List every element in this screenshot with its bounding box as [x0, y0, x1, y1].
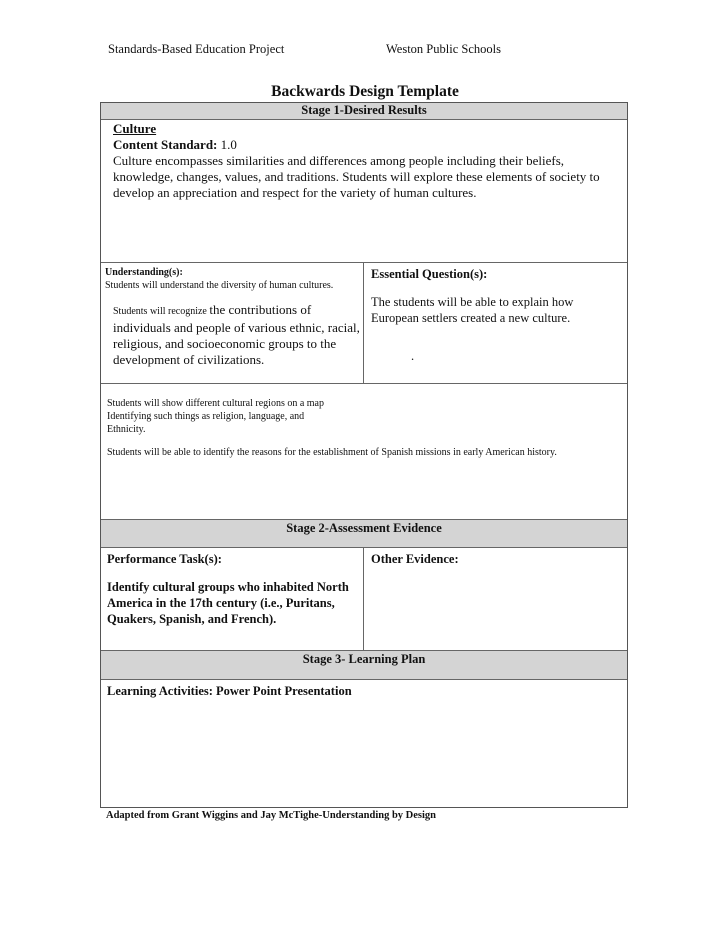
- understandings-line2: Students will recognize the contribution…: [105, 302, 360, 368]
- header-project-name: Standards-Based Education Project: [108, 42, 284, 57]
- performance-task-label: Performance Task(s):: [107, 551, 362, 567]
- document-title: Backwards Design Template: [100, 83, 630, 101]
- performance-task-cell: Performance Task(s): Identify cultural g…: [107, 551, 362, 627]
- stray-mark: .: [371, 348, 621, 364]
- learning-activities-cell: Learning Activities: Power Point Present…: [107, 683, 622, 699]
- content-standard-label: Content Standard:: [113, 137, 217, 152]
- skills-line2: Identifying such things as religion, lan…: [107, 410, 622, 423]
- skills-line1: Students will show different cultural re…: [107, 397, 622, 410]
- header-school-name: Weston Public Schools: [386, 42, 501, 57]
- content-standard-description: Culture encompasses similarities and dif…: [113, 153, 618, 201]
- learning-activities-text: Learning Activities: Power Point Present…: [107, 683, 622, 699]
- understandings-label: Understanding(s):: [105, 266, 360, 279]
- column-divider: [363, 263, 364, 384]
- skills-line3: Ethnicity.: [107, 423, 622, 436]
- design-template-table: Stage 1-Desired Results Culture Content …: [100, 102, 628, 808]
- attribution-footer: Adapted from Grant Wiggins and Jay McTig…: [106, 810, 436, 821]
- content-standard-cell: Culture Content Standard: 1.0 Culture en…: [113, 121, 618, 201]
- skills-cell: Students will show different cultural re…: [107, 397, 622, 459]
- content-standard-line: Content Standard: 1.0: [113, 137, 618, 153]
- content-standard-value: 1.0: [217, 137, 237, 152]
- understandings-line1: Students will understand the diversity o…: [105, 279, 360, 292]
- row-divider: [101, 262, 627, 263]
- essential-questions-text: The students will be able to explain how…: [371, 294, 586, 326]
- other-evidence-label: Other Evidence:: [371, 551, 621, 567]
- performance-task-text: Identify cultural groups who inhabited N…: [107, 579, 362, 627]
- stage2-heading: Stage 2-Assessment Evidence: [101, 519, 627, 548]
- essential-questions-label: Essential Question(s):: [371, 266, 621, 282]
- understandings-cell: Understanding(s): Students will understa…: [105, 266, 360, 368]
- stage1-heading: Stage 1-Desired Results: [101, 103, 627, 120]
- column-divider: [363, 548, 364, 650]
- understandings-line2-prefix: Students will recognize: [113, 306, 209, 317]
- skills-line4: Students will be able to identify the re…: [107, 446, 622, 459]
- essential-questions-cell: Essential Question(s): The students will…: [371, 266, 621, 364]
- row-divider: [101, 383, 627, 384]
- topic-heading: Culture: [113, 121, 618, 137]
- other-evidence-cell: Other Evidence:: [371, 551, 621, 567]
- stage3-heading: Stage 3- Learning Plan: [101, 650, 627, 680]
